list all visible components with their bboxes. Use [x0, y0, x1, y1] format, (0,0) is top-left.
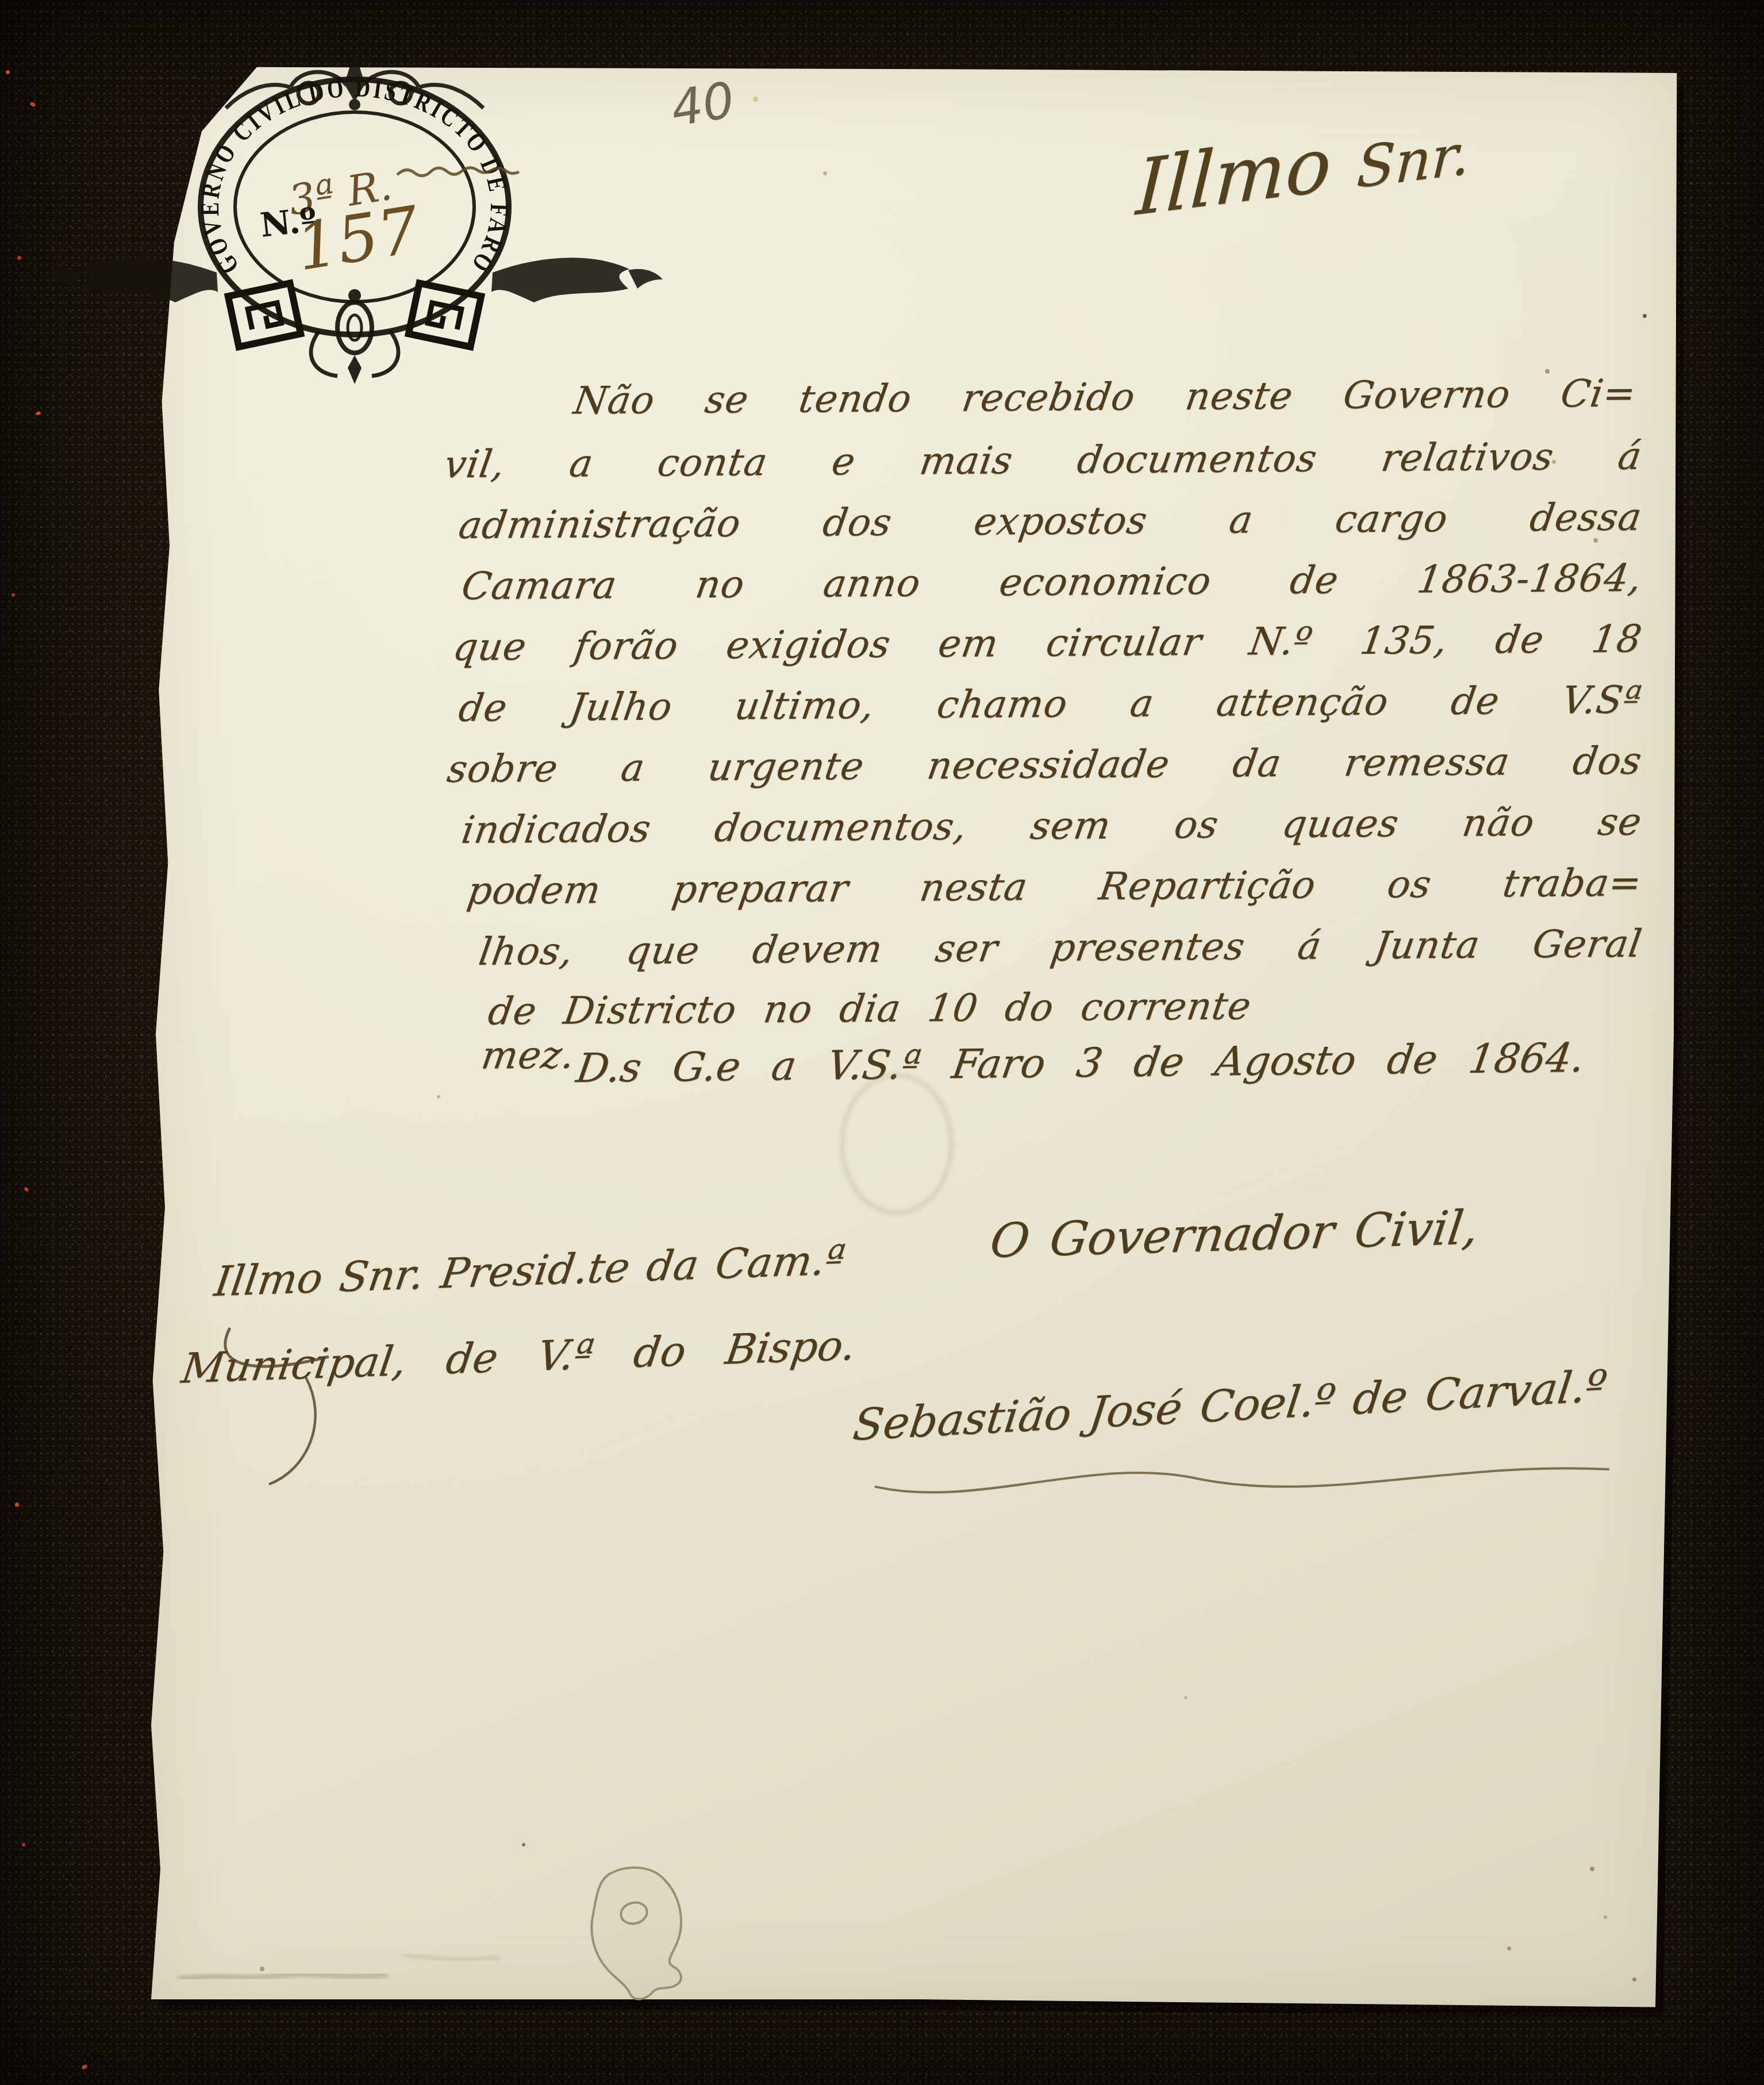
foxing-speck — [1184, 1696, 1187, 1699]
foxing-speck — [1593, 538, 1598, 543]
red-speck — [6, 70, 10, 74]
foxing-speck — [1545, 369, 1550, 374]
body-line: podem preparar nesta Repartição os traba… — [464, 861, 1645, 913]
body-line: que forão exigidos em circular N.º 135, … — [450, 617, 1645, 669]
red-speck — [17, 256, 21, 260]
body-line: administração dos expostos a cargo dessa — [456, 495, 1645, 547]
foxing-speck — [437, 1095, 440, 1099]
body-line: Não se tendo recebido neste Governo Ci= — [571, 371, 1639, 423]
body-line: vil, a conta e mais documentos relativos… — [441, 434, 1645, 487]
foxing-speck — [1552, 460, 1556, 464]
red-speck — [15, 1503, 19, 1507]
foxing-speck — [1604, 1915, 1607, 1919]
body-line: de Julho ultimo, chamo a attenção de V.S… — [456, 678, 1645, 730]
scanned-letter-photo: GOVERNO CIVIL DO DISTRICTO DE FARO 3ª R.… — [0, 0, 1764, 2085]
foxing-speck — [1590, 1867, 1594, 1871]
foxing-speck — [1632, 1978, 1636, 1982]
foxing-speck — [260, 1967, 264, 1971]
body-line: Camara no anno economico de 1863-1864, — [459, 556, 1645, 608]
foxing-speck — [522, 1843, 525, 1846]
foxing-speck — [823, 171, 827, 175]
salutation-suffix: Snr. — [1355, 121, 1471, 202]
red-speck — [11, 593, 15, 597]
foxing-speck — [753, 97, 758, 102]
body-line: lhos, que devem ser presentes á Junta Ge… — [476, 921, 1645, 974]
body-line: sobre a urgente necessidade da remessa d… — [444, 739, 1645, 791]
pencil-page-number: 40 — [667, 71, 739, 138]
foxing-speck — [1643, 314, 1647, 318]
foxing-speck — [1507, 1946, 1511, 1950]
red-speck — [22, 1843, 25, 1846]
body-line: indicados documentos, sem os quaes não s… — [459, 800, 1645, 852]
